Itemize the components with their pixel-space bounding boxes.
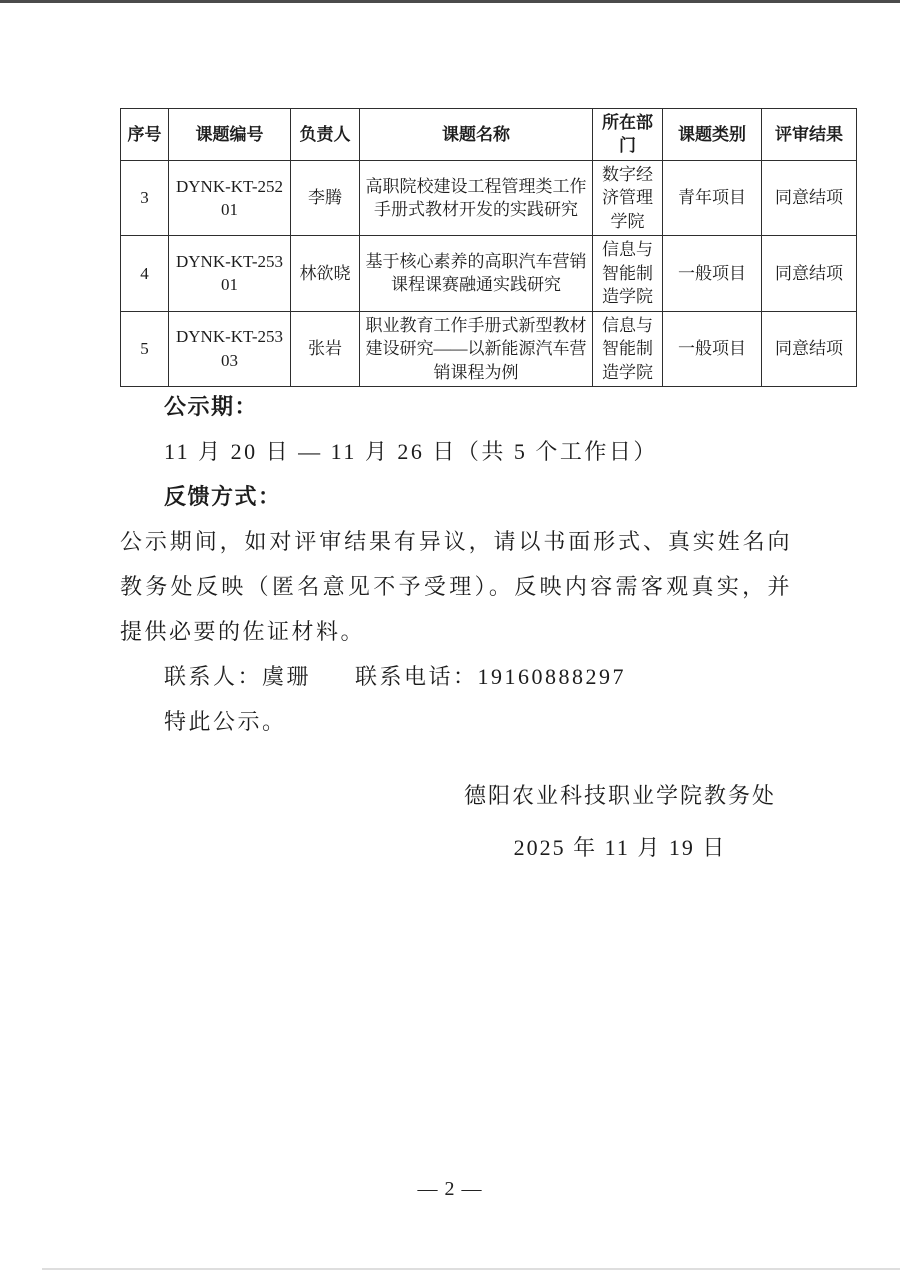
issue-date: 2025 年 11 月 19 日 — [420, 822, 820, 874]
review-results-table: 序号 课题编号 负责人 课题名称 所在部门 课题类别 评审结果 3 DYNK-K… — [120, 108, 857, 387]
announcement-body: 公示期： 11 月 20 日 — 11 月 26 日（共 5 个工作日） 反馈方… — [120, 384, 792, 744]
feedback-paragraph: 公示期间，如对评审结果有异议，请以书面形式、真实姓名向教务处反映（匿名意见不予受… — [120, 519, 792, 654]
cell-serial-number: 3 — [121, 160, 169, 235]
cell-leader: 张岩 — [291, 311, 360, 386]
table-row: 3 DYNK-KT-25201 李腾 高职院校建设工程管理类工作手册式教材开发的… — [121, 160, 857, 235]
page-number: — 2 — — [0, 1178, 900, 1201]
header-result: 评审结果 — [762, 109, 857, 161]
cell-serial-number: 4 — [121, 236, 169, 311]
cell-leader: 林欲晓 — [291, 236, 360, 311]
feedback-method-heading: 反馈方式： — [120, 474, 792, 519]
cell-result: 同意结项 — [762, 236, 857, 311]
cell-project-code: DYNK-KT-25301 — [169, 236, 291, 311]
signature-block: 德阳农业科技职业学院教务处 2025 年 11 月 19 日 — [420, 770, 820, 874]
cell-category: 一般项目 — [663, 311, 762, 386]
cell-project-code: DYNK-KT-25201 — [169, 160, 291, 235]
publicity-period-text: 11 月 20 日 — 11 月 26 日（共 5 个工作日） — [120, 429, 792, 474]
header-project-code: 课题编号 — [169, 109, 291, 161]
cell-category: 青年项目 — [663, 160, 762, 235]
cell-project-title: 高职院校建设工程管理类工作手册式教材开发的实践研究 — [360, 160, 593, 235]
cell-project-title: 基于核心素养的高职汽车营销课程课赛融通实践研究 — [360, 236, 593, 311]
scan-artifact-bottom — [42, 1268, 900, 1270]
publicity-period-heading: 公示期： — [120, 384, 792, 429]
table-row: 5 DYNK-KT-25303 张岩 职业教育工作手册式新型教材建设研究——以新… — [121, 311, 857, 386]
header-category: 课题类别 — [663, 109, 762, 161]
cell-result: 同意结项 — [762, 160, 857, 235]
header-department: 所在部门 — [593, 109, 663, 161]
issuing-office: 德阳农业科技职业学院教务处 — [420, 770, 820, 822]
header-serial-number: 序号 — [121, 109, 169, 161]
cell-result: 同意结项 — [762, 311, 857, 386]
table-header-row: 序号 课题编号 负责人 课题名称 所在部门 课题类别 评审结果 — [121, 109, 857, 161]
cell-department: 数字经济管理学院 — [593, 160, 663, 235]
contact-person-name: 虞珊 — [262, 664, 311, 689]
contact-line: 联系人：虞珊联系电话：19160888297 — [120, 654, 792, 699]
contact-person-label: 联系人： — [164, 664, 262, 689]
document-page: 序号 课题编号 负责人 课题名称 所在部门 课题类别 评审结果 3 DYNK-K… — [0, 0, 900, 1272]
header-project-title: 课题名称 — [360, 109, 593, 161]
cell-project-code: DYNK-KT-25303 — [169, 311, 291, 386]
header-leader: 负责人 — [291, 109, 360, 161]
closing-line: 特此公示。 — [120, 699, 792, 744]
contact-phone-number: 19160888297 — [478, 664, 627, 689]
cell-project-title: 职业教育工作手册式新型教材建设研究——以新能源汽车营销课程为例 — [360, 311, 593, 386]
cell-category: 一般项目 — [663, 236, 762, 311]
cell-serial-number: 5 — [121, 311, 169, 386]
cell-department: 信息与智能制造学院 — [593, 236, 663, 311]
cell-department: 信息与智能制造学院 — [593, 311, 663, 386]
table-row: 4 DYNK-KT-25301 林欲晓 基于核心素养的高职汽车营销课程课赛融通实… — [121, 236, 857, 311]
cell-leader: 李腾 — [291, 160, 360, 235]
contact-phone-label: 联系电话： — [355, 664, 478, 689]
scan-artifact-top — [0, 0, 900, 3]
